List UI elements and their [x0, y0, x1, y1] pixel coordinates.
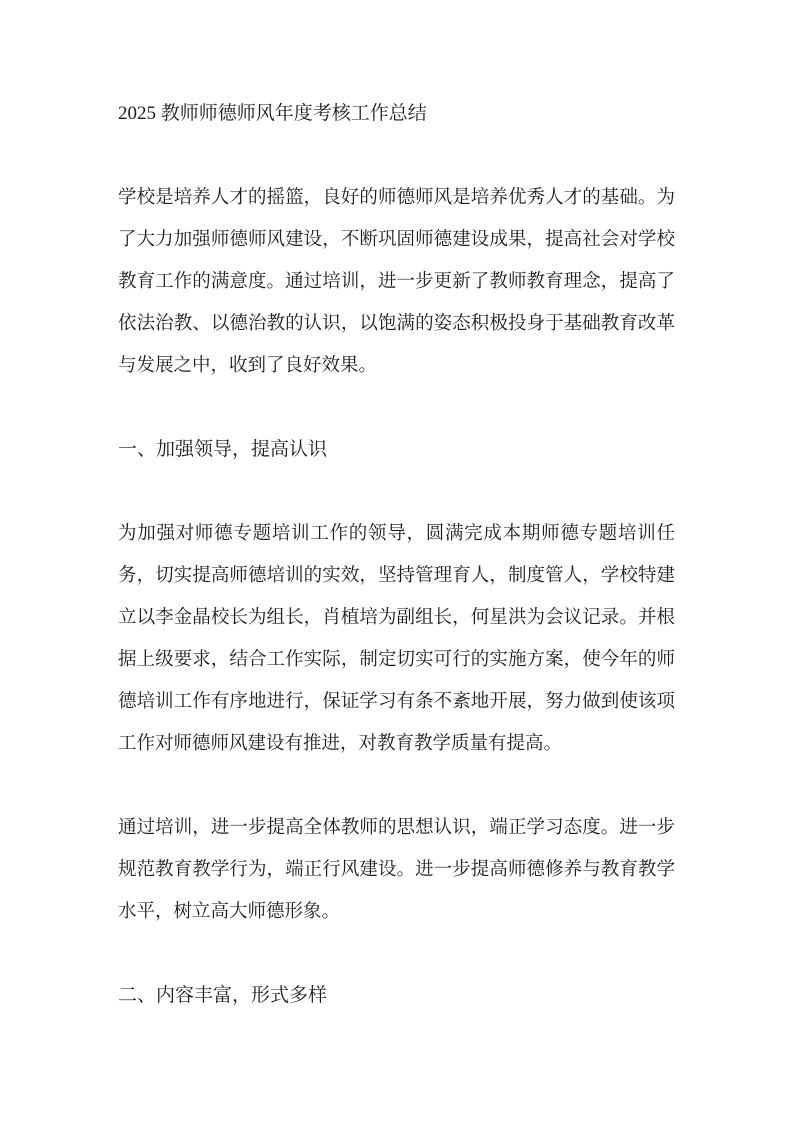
section-heading-2: 二、内容丰富，形式多样 — [118, 975, 675, 1017]
document-page: 2025 教师师德师风年度考核工作总结 学校是培养人才的摇篮，良好的师德师风是培… — [0, 0, 793, 1122]
paragraph-section1-b: 通过培训，进一步提高全体教师的思想认识，端正学习态度。进一步规范教育教学行为，端… — [118, 807, 675, 933]
paragraph-intro: 学校是培养人才的摇篮，良好的师德师风是培养优秀人才的基础。为了大力加强师德师风建… — [118, 177, 675, 387]
document-title: 2025 教师师德师风年度考核工作总结 — [118, 93, 675, 135]
paragraph-section1-a: 为加强对师德专题培训工作的领导，圆满完成本期师德专题培训任务，切实提高师德培训的… — [118, 513, 675, 765]
section-heading-1: 一、加强领导，提高认识 — [118, 429, 675, 471]
